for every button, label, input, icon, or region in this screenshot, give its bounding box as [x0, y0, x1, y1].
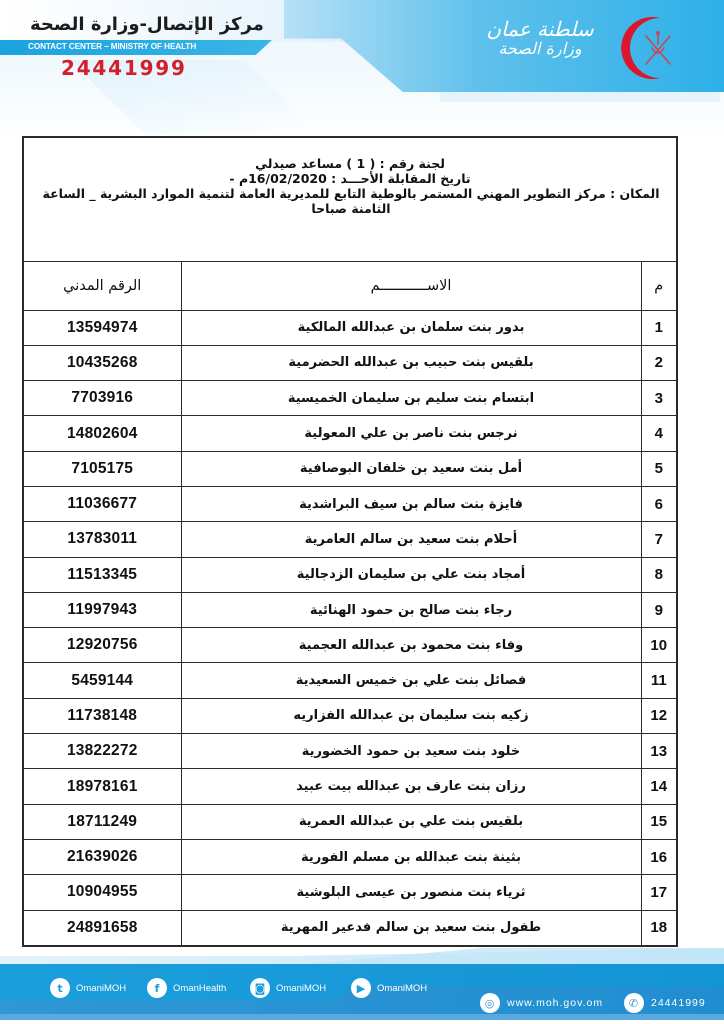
table-row: 14رزان بنت عارف بن عبدالله بيت عبيد18978…	[24, 769, 676, 804]
brand-line-sultanate: سلطنة عمان	[470, 18, 610, 40]
social-label: OmaniMOH	[76, 983, 126, 994]
table-row: 11فصائل بنت علي بن خميس السعيدية5459144	[24, 663, 676, 698]
ministry-brand-text: سلطنة عمان وزارة الصحة	[470, 18, 610, 58]
table-row: 1بدور بنت سلمان بن عبدالله المالكية13594…	[24, 310, 676, 345]
row-civil-id: 5459144	[24, 663, 181, 698]
row-index: 16	[641, 839, 676, 874]
row-name: نرجس بنت ناصر بن علي المعولية	[181, 416, 641, 451]
letterhead-footer: t OmaniMOH f OmanHealth ◙ OmaniMOH ▶ Oma…	[0, 948, 724, 1024]
interview-place: المكان : مركز التطوير المهني المستمر بال…	[24, 186, 676, 216]
table-row: 12زكيه بنت سليمان بن عبدالله الفزاريه117…	[24, 698, 676, 733]
letterhead-header: مركز الإتصال-وزارة الصحة CONTACT CENTER …	[0, 0, 724, 135]
interview-date: تاريخ المقابلة الأحـــد : 16/02/2020م -	[24, 171, 676, 186]
row-name: خلود بنت سعيد بن حمود الخضورية	[181, 734, 641, 769]
row-index: 18	[641, 910, 676, 945]
row-civil-id: 13783011	[24, 522, 181, 557]
row-index: 13	[641, 734, 676, 769]
social-label: OmanHealth	[173, 983, 226, 994]
row-name: وفاء بنت محمود بن عبدالله العجمية	[181, 628, 641, 663]
row-civil-id: 18978161	[24, 769, 181, 804]
brand-line-ministry: وزارة الصحة	[470, 40, 610, 58]
row-civil-id: 11036677	[24, 486, 181, 521]
social-label: OmaniMOH	[276, 983, 326, 994]
row-index: 5	[641, 451, 676, 486]
instagram-icon: ◙	[250, 978, 270, 998]
table-row: 6فايزة بنت سالم بن سيف البراشدية11036677	[24, 486, 676, 521]
row-civil-id: 7703916	[24, 381, 181, 416]
row-index: 10	[641, 628, 676, 663]
row-civil-id: 14802604	[24, 416, 181, 451]
row-index: 3	[641, 381, 676, 416]
table-row: 7أحلام بنت سعيد بن سالم العامرية13783011	[24, 522, 676, 557]
table-row: 15بلقيس بنت علي بن عبدالله العمرية187112…	[24, 804, 676, 839]
header-decoration	[440, 92, 720, 102]
row-name: أمل بنت سعيد بن خلفان البوصافية	[181, 451, 641, 486]
interview-list-document: لجنة رقم : ( 1 ) مساعد صيدلي تاريخ المقا…	[22, 136, 678, 947]
table-row: 17ثرياء بنت منصور بن عيسى البلوشية109049…	[24, 875, 676, 910]
committee-title: لجنة رقم : ( 1 ) مساعد صيدلي	[24, 156, 676, 171]
row-name: بدور بنت سلمان بن عبدالله المالكية	[181, 310, 641, 345]
row-index: 8	[641, 557, 676, 592]
row-index: 1	[641, 310, 676, 345]
website-link[interactable]: ◎ www.moh.gov.om	[480, 993, 603, 1013]
row-civil-id: 24891658	[24, 910, 181, 945]
candidates-table: م الاســـــــــــم الرقم المدني 1بدور بن…	[24, 262, 676, 945]
youtube-icon: ▶	[351, 978, 371, 998]
column-header-index: م	[641, 262, 676, 310]
social-label: OmaniMOH	[377, 983, 427, 994]
column-header-civil-id: الرقم المدني	[24, 262, 181, 310]
globe-icon: ◎	[480, 993, 500, 1013]
table-row: 4نرجس بنت ناصر بن علي المعولية14802604	[24, 416, 676, 451]
row-index: 4	[641, 416, 676, 451]
row-index: 9	[641, 592, 676, 627]
row-name: أحلام بنت سعيد بن سالم العامرية	[181, 522, 641, 557]
table-row: 16بثينة بنت عبدالله بن مسلم الفورية21639…	[24, 839, 676, 874]
row-civil-id: 11997943	[24, 592, 181, 627]
row-name: ابتسام بنت سليم بن سليمان الخميسية	[181, 381, 641, 416]
footer-phone[interactable]: ✆ 24441999	[624, 993, 706, 1013]
row-name: بثينة بنت عبدالله بن مسلم الفورية	[181, 839, 641, 874]
row-name: فصائل بنت علي بن خميس السعيدية	[181, 663, 641, 698]
row-name: أمجاد بنت علي بن سليمان الزدجالية	[181, 557, 641, 592]
row-name: رجاء بنت صالح بن حمود الهنائية	[181, 592, 641, 627]
social-instagram[interactable]: ◙ OmaniMOH	[250, 978, 326, 998]
facebook-icon: f	[147, 978, 167, 998]
table-row: 8أمجاد بنت علي بن سليمان الزدجالية115133…	[24, 557, 676, 592]
row-civil-id: 7105175	[24, 451, 181, 486]
social-youtube[interactable]: ▶ OmaniMOH	[351, 978, 427, 998]
social-facebook[interactable]: f OmanHealth	[147, 978, 226, 998]
table-row: 10وفاء بنت محمود بن عبدالله العجمية12920…	[24, 628, 676, 663]
social-twitter[interactable]: t OmaniMOH	[50, 978, 126, 998]
row-name: طفول بنت سعيد بن سالم فدعير المهرية	[181, 910, 641, 945]
committee-info: لجنة رقم : ( 1 ) مساعد صيدلي تاريخ المقا…	[24, 138, 676, 262]
website-label: www.moh.gov.om	[507, 997, 603, 1009]
row-name: بلقيس بنت حبيب بن عبدالله الحضرمية	[181, 345, 641, 380]
contact-center-english: CONTACT CENTER – MINISTRY OF HEALTH	[28, 42, 196, 51]
row-civil-id: 11738148	[24, 698, 181, 733]
column-header-name: الاســـــــــــم	[181, 262, 641, 310]
table-row: 2بلقيس بنت حبيب بن عبدالله الحضرمية10435…	[24, 345, 676, 380]
row-civil-id: 10435268	[24, 345, 181, 380]
row-index: 12	[641, 698, 676, 733]
row-civil-id: 13594974	[24, 310, 181, 345]
twitter-icon: t	[50, 978, 70, 998]
footer-phone-label: 24441999	[651, 997, 706, 1009]
row-civil-id: 18711249	[24, 804, 181, 839]
row-name: زكيه بنت سليمان بن عبدالله الفزاريه	[181, 698, 641, 733]
table-header-row: م الاســـــــــــم الرقم المدني	[24, 262, 676, 310]
row-name: ثرياء بنت منصور بن عيسى البلوشية	[181, 875, 641, 910]
contact-center-arabic: مركز الإتصال-وزارة الصحة	[30, 14, 264, 35]
table-row: 9رجاء بنت صالح بن حمود الهنائية11997943	[24, 592, 676, 627]
row-name: فايزة بنت سالم بن سيف البراشدية	[181, 486, 641, 521]
row-index: 6	[641, 486, 676, 521]
row-index: 7	[641, 522, 676, 557]
row-civil-id: 21639026	[24, 839, 181, 874]
row-index: 11	[641, 663, 676, 698]
row-civil-id: 11513345	[24, 557, 181, 592]
moh-crescent-emblem-icon	[616, 14, 684, 82]
row-index: 2	[641, 345, 676, 380]
table-row: 13خلود بنت سعيد بن حمود الخضورية13822272	[24, 734, 676, 769]
row-index: 17	[641, 875, 676, 910]
phone-icon: ✆	[624, 993, 644, 1013]
row-civil-id: 12920756	[24, 628, 181, 663]
row-index: 14	[641, 769, 676, 804]
row-index: 15	[641, 804, 676, 839]
row-name: رزان بنت عارف بن عبدالله بيت عبيد	[181, 769, 641, 804]
contact-phone-number: 24441999	[61, 56, 187, 80]
row-name: بلقيس بنت علي بن عبدالله العمرية	[181, 804, 641, 839]
footer-bottom-strip	[0, 1014, 724, 1020]
table-row: 3ابتسام بنت سليم بن سليمان الخميسية77039…	[24, 381, 676, 416]
row-civil-id: 10904955	[24, 875, 181, 910]
table-row: 18طفول بنت سعيد بن سالم فدعير المهرية248…	[24, 910, 676, 945]
row-civil-id: 13822272	[24, 734, 181, 769]
table-row: 5أمل بنت سعيد بن خلفان البوصافية7105175	[24, 451, 676, 486]
